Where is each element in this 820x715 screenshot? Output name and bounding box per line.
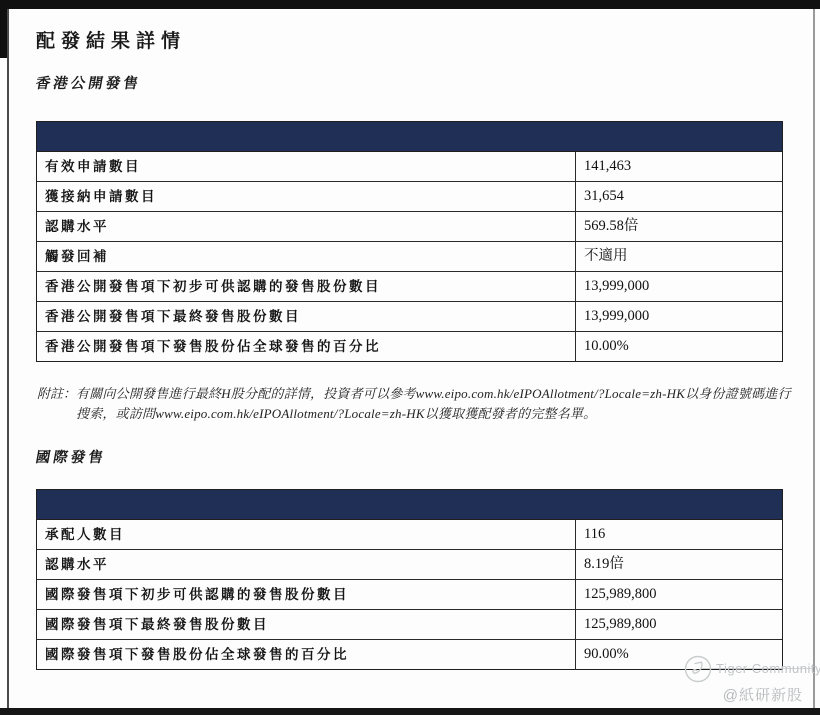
table-row: 獲接納申請數目 31,654 — [37, 182, 782, 212]
row-value: 125,989,800 — [576, 580, 782, 609]
table-row: 承配人數目 116 — [37, 520, 782, 550]
row-label: 國際發售項下發售股份佔全球發售的百分比 — [37, 640, 576, 670]
row-value: 31,654 — [576, 182, 782, 211]
footnote-prefix: 附註： — [37, 384, 76, 424]
watermark-brand: Tiger Community — [716, 661, 820, 676]
hk-offering-table: 有效申請數目 141,463 獲接納申請數目 31,654 認購水平 569.5… — [36, 121, 783, 362]
row-label: 認購水平 — [37, 212, 576, 241]
hk-table-header-bar — [37, 122, 782, 152]
intl-table-header-bar — [37, 490, 782, 520]
row-label: 香港公開發售項下發售股份佔全球發售的百分比 — [37, 332, 576, 362]
page-frame-right-line — [813, 9, 815, 708]
row-label: 國際發售項下最終發售股份數目 — [37, 610, 576, 639]
row-value: 8.19倍 — [576, 550, 782, 579]
table-row: 認購水平 8.19倍 — [37, 550, 782, 580]
row-label: 觸發回補 — [37, 242, 576, 271]
section-heading-intl-text: 國際發售 — [34, 446, 108, 467]
table-row: 香港公開發售項下發售股份佔全球發售的百分比 10.00% — [37, 332, 782, 362]
table-row: 觸發回補 不適用 — [37, 242, 782, 272]
table-row: 有效申請數目 141,463 — [37, 152, 782, 182]
row-value: 10.00% — [576, 332, 782, 362]
section-heading-intl-offering: 國際發售 — [36, 446, 106, 467]
row-label: 國際發售項下初步可供認購的發售股份數目 — [37, 580, 576, 609]
row-label: 香港公開發售項下最終發售股份數目 — [37, 302, 576, 331]
section-heading-hk-offering: 香港公開發售 — [36, 72, 141, 93]
intl-offering-table: 承配人數目 116 認購水平 8.19倍 國際發售項下初步可供認購的發售股份數目… — [36, 489, 783, 670]
row-label: 香港公開發售項下初步可供認購的發售股份數目 — [37, 272, 576, 301]
row-label: 承配人數目 — [37, 520, 576, 549]
table-row: 香港公開發售項下最終發售股份數目 13,999,000 — [37, 302, 782, 332]
row-value: 141,463 — [576, 152, 782, 181]
watermark: Tiger Community @紙研新股 — [640, 648, 815, 708]
table-row: 國際發售項下初步可供認購的發售股份數目 125,989,800 — [37, 580, 782, 610]
table-row: 認購水平 569.58倍 — [37, 212, 782, 242]
row-label: 有效申請數目 — [37, 152, 576, 181]
row-value: 13,999,000 — [576, 272, 782, 301]
row-value: 569.58倍 — [576, 212, 782, 241]
watermark-handle: @紙研新股 — [723, 684, 803, 705]
page-title: 配發結果詳情 — [36, 26, 186, 53]
page-frame-left-line — [7, 9, 9, 715]
row-value: 13,999,000 — [576, 302, 782, 331]
tiger-circle-logo-icon — [684, 655, 712, 683]
row-value: 116 — [576, 520, 782, 549]
section-heading-hk-text: 香港公開發售 — [34, 72, 143, 93]
table-row: 香港公開發售項下初步可供認購的發售股份數目 13,999,000 — [37, 272, 782, 302]
page-frame-top — [0, 0, 820, 9]
row-value: 125,989,800 — [576, 610, 782, 639]
table-row: 國際發售項下最終發售股份數目 125,989,800 — [37, 610, 782, 640]
footnote-text: 有關向公開發售進行最終H股分配的詳情，投資者可以參考www.eipo.com.h… — [76, 384, 791, 424]
footnote: 附註： 有關向公開發售進行最終H股分配的詳情，投資者可以參考www.eipo.c… — [37, 384, 791, 424]
row-value: 不適用 — [576, 242, 782, 271]
row-label: 獲接納申請數目 — [37, 182, 576, 211]
page-frame-bottom — [0, 708, 820, 715]
row-label: 認購水平 — [37, 550, 576, 579]
